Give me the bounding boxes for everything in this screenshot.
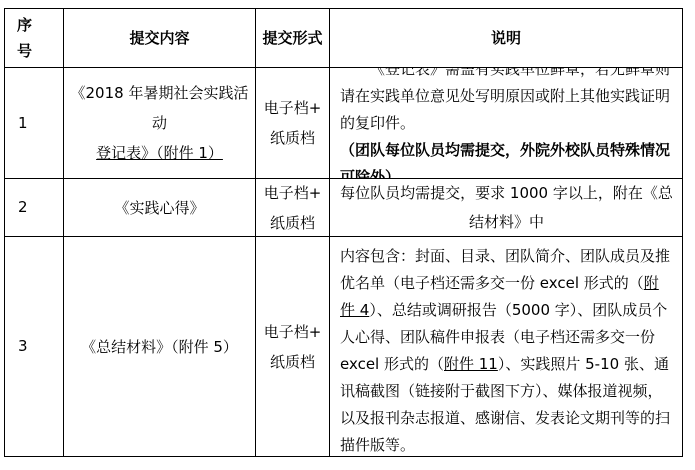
row2-note-cell: 每位队员均需提交，要求 1000 字以上，附在《总结材料》中 [330,179,682,237]
row3-content-cell: 《总结材料》（附件 5） [64,237,256,456]
row2-index-cell: 2 [5,179,64,237]
row1-content-cell: 《2018 年暑期社会实践活动 登记表》（附件 1） [64,68,256,179]
header-cell-note: 说明 [330,9,682,68]
row2-format-cell: 电子档+ 纸质档 [256,179,330,237]
row3-note-paragraph: 内容包含：封面、目录、团队简介、团队成员及推优名单（电子档还需多交一份 exce… [340,243,673,456]
header-cell-index: 序 号 [5,9,64,68]
submission-requirements-table: 序 号 提交内容 提交形式 说明 1 《2018 年暑期社会实践活动 登记表》（… [4,8,683,457]
row1-format-cell: 电子档+ 纸质档 [256,68,330,179]
row3-note-segment1: 内容包含：封面、目录、团队简介、团队成员及推优名单（电子档还需多交一份 exce… [340,247,670,292]
row1-note-cell: 《登记表》需盖有实践单位鲜章，若无鲜章则请在实践单位意见处写明原因或附上其他实践… [330,68,682,179]
row2-content-cell: 《实践心得》 [64,179,256,237]
row1-note-bold-paragraph: （团队每位队员均需提交，外院外校队员特殊情况可除外） [340,137,673,180]
row3-note-cell: 内容包含：封面、目录、团队简介、团队成员及推优名单（电子档还需多交一份 exce… [330,237,682,456]
header-cell-format: 提交形式 [256,9,330,68]
row3-index-cell: 3 [5,237,64,456]
header-cell-content: 提交内容 [64,9,256,68]
row2-content-text: 《实践心得》 [114,193,204,223]
row1-note-paragraph: 《登记表》需盖有实践单位鲜章，若无鲜章则请在实践单位意见处写明原因或附上其他实践… [340,68,673,137]
row3-format-cell: 电子档+ 纸质档 [256,237,330,456]
row3-note-attachment11-underlined: 附件 11 [444,355,498,373]
row3-content-text: 《总结材料》（附件 5） [81,332,238,362]
row1-content-line2-underlined: 登记表》（附件 1） [96,138,223,168]
row1-content-line1: 《2018 年暑期社会实践活动 [70,78,249,138]
row2-note-paragraph: 每位队员均需提交，要求 1000 字以上，附在《总结材料》中 [340,179,673,237]
row1-index-cell: 1 [5,68,64,179]
